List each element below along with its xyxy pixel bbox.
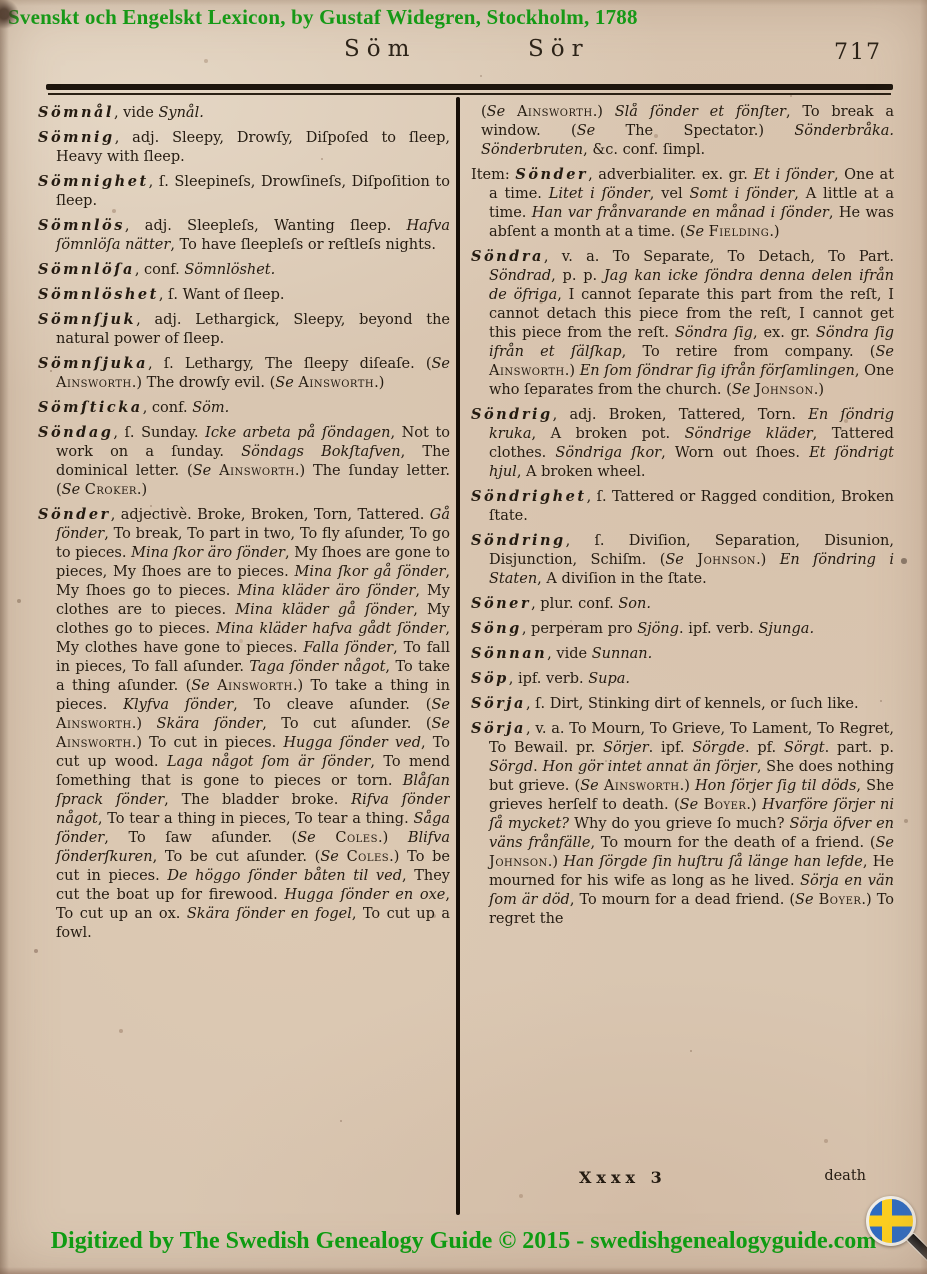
headword: Sömnlöshet xyxy=(38,286,159,303)
headword: Söndra xyxy=(471,248,544,265)
entry-text: Söndra ſig xyxy=(675,325,753,341)
entry-text: , To retire from company. ( xyxy=(622,344,876,360)
dictionary-entry: Sörja, ſ. Dirt, Stinking dirt of kennels… xyxy=(471,694,894,714)
entry-text: Se xyxy=(665,552,697,568)
entry-text: , To mourn for a dead friend. ( xyxy=(570,892,795,908)
entry-text: , ſ. Lethargy, The ſleepy diſeaſe. ( xyxy=(148,356,431,372)
entry-text: Ainsworth xyxy=(56,735,132,751)
entry-text: , v. a. To Separate, To Detach, To Part. xyxy=(544,249,894,265)
entry-text: Söndrad xyxy=(489,268,551,284)
entry-text: Ainsworth xyxy=(604,778,680,794)
entry-text: Han var frånvarande en månad i ſönder xyxy=(532,205,829,221)
right-column: (Se Ainsworth.) Slå ſönder et fönſter, T… xyxy=(471,103,894,1165)
entry-text: Somt i ſönder xyxy=(690,186,795,202)
entry-text: .) xyxy=(548,854,564,870)
headword: Sömnſjuka xyxy=(38,355,148,372)
dictionary-entry: Sörja, v. a. To Mourn, To Grieve, To Lam… xyxy=(471,719,894,929)
dictionary-entry: Söndrig, adj. Broken, Tattered, Torn. En… xyxy=(471,405,894,482)
entry-text: Söm. xyxy=(192,400,229,416)
scanned-dictionary-page: Svenskt och Engelskt Lexicon, by Gustaf … xyxy=(0,0,927,1274)
entry-text: Se xyxy=(876,835,895,851)
entry-text: Fielding xyxy=(709,224,770,240)
entry-text: Ainsworth xyxy=(56,375,132,391)
signature-mark: Xxxx 3 xyxy=(579,1168,667,1187)
entry-text: Se xyxy=(431,697,450,713)
entry-text: Se xyxy=(577,123,626,139)
entry-text: , conf. xyxy=(143,400,192,416)
entry-text: Boyer xyxy=(819,892,862,908)
entry-text: , A diviſion in the ſtate. xyxy=(537,571,707,587)
entry-text: Se xyxy=(320,849,346,865)
entry-text: Se xyxy=(191,678,217,694)
entry-text: Klyfva ſönder xyxy=(123,697,233,713)
headword: Sönnan xyxy=(471,645,547,662)
dictionary-entry: Söndring, ſ. Diviſion, Separation, Disun… xyxy=(471,531,894,589)
entry-text: Johnson xyxy=(489,854,548,870)
entry-text: Hon gör intet annat än ſörjer xyxy=(543,759,757,775)
entry-text: Sunnan. xyxy=(592,646,653,662)
entry-text: , ipf. verb. xyxy=(509,671,588,687)
headword: Söndring xyxy=(471,532,566,549)
left-column: Sömnål, vide Synål.Sömnig, adj. Sleepy, … xyxy=(38,103,450,1181)
entry-text: The Spectator.) xyxy=(626,123,795,139)
entry-text: , To cut aſunder. ( xyxy=(262,716,431,732)
entry-text: , To cleave aſunder. ( xyxy=(233,697,431,713)
headword: Sömnlöſa xyxy=(38,261,135,278)
entry-text: Mina ſkor äro ſönder xyxy=(131,545,285,561)
entry-text: Hugga ſönder ved xyxy=(283,735,421,751)
entry-text: Se xyxy=(686,224,709,240)
entry-text: Se xyxy=(732,382,755,398)
headword: Sömnighet xyxy=(38,173,149,190)
dictionary-entry: Sömnig, adj. Sleepy, Drowſy, Diſpoſed to… xyxy=(38,128,450,167)
entry-text: , perperam pro xyxy=(522,621,637,637)
entry-text: Se xyxy=(875,344,894,360)
entry-text: Se xyxy=(297,830,335,846)
entry-text: Hugga ſönder en oxe xyxy=(284,887,445,903)
entry-text: Item: xyxy=(471,167,515,183)
entry-text: Söndriga ſkor xyxy=(555,445,661,461)
entry-text: , To be cut aſunder. ( xyxy=(153,849,321,865)
entry-text: Slå ſönder et fönſter xyxy=(615,104,786,120)
headword: Söndag xyxy=(38,424,113,441)
dictionary-entry: Sömnighet, ſ. Sleepineſs, Drowſineſs, Di… xyxy=(38,172,450,211)
entry-text: Falla ſönder xyxy=(303,640,393,656)
dictionary-entry: Item: Sönder, adverbialiter. ex. gr. Et … xyxy=(471,165,894,242)
swedish-flag-magnifier-icon xyxy=(864,1194,926,1266)
running-head-left: Söm xyxy=(344,36,416,62)
entry-text: Se xyxy=(275,375,298,391)
entry-text: .) xyxy=(374,375,384,391)
column-divider xyxy=(456,97,460,1215)
entry-text: Sjunga. xyxy=(758,621,814,637)
entry-text: Hon ſörjer ſig til döds xyxy=(695,778,856,794)
entry-text: Ainsworth xyxy=(489,363,565,379)
entry-text: De höggo ſönder båten til ved xyxy=(167,868,402,884)
entry-text: Sjöng xyxy=(637,621,679,637)
dictionary-entry: Sömnål, vide Synål. xyxy=(38,103,450,123)
entry-text: Icke arbeta på ſöndagen xyxy=(205,425,390,441)
entry-text: Laga något ſom är ſönder xyxy=(167,754,370,770)
dictionary-entry: Sömnlös, adj. Sleepleſs, Wanting ſleep. … xyxy=(38,216,450,255)
entry-text: .) xyxy=(593,104,615,120)
entry-text: Ainsworth xyxy=(517,104,593,120)
headword: Sömnig xyxy=(38,129,115,146)
dictionary-entry: Söp, ipf. verb. Supa. xyxy=(471,669,894,689)
dictionary-entry: Sömnlöshet, ſ. Want of ſleep. xyxy=(38,285,450,305)
entry-text: , ſ. Dirt, Stinking dirt of kennels, or … xyxy=(526,696,859,712)
entry-text: , adjectivè. Broke, Broken, Torn, Tatter… xyxy=(111,507,430,523)
entry-text: , p. p. xyxy=(551,268,604,284)
entry-text: , A broken wheel. xyxy=(517,464,646,480)
dictionary-entry: Söng, perperam pro Sjöng. ipf. verb. Sju… xyxy=(471,619,894,639)
entry-text: , ſ. Want of ſleep. xyxy=(159,287,285,303)
entry-text: , adverbialiter. ex. gr. xyxy=(588,167,753,183)
entry-text: Boyer xyxy=(704,797,747,813)
top-caption: Svenskt och Engelskt Lexicon, by Gustaf … xyxy=(8,5,638,30)
entry-text: .) The drowſy evil. ( xyxy=(132,375,276,391)
entry-text: En ſom ſöndrar ſig ifrån förſamlingen xyxy=(580,363,855,379)
headword: Sömnlös xyxy=(38,217,125,234)
entry-text: Coles xyxy=(347,849,390,865)
entry-text: , To ſaw aſunder. ( xyxy=(104,830,297,846)
entry-text: , ſ. Sunday. xyxy=(113,425,205,441)
entry-text: , Worn out ſhoes. xyxy=(661,445,809,461)
entry-text: Et i ſönder xyxy=(753,167,833,183)
entry-text: Mina ſkor gå ſönder xyxy=(295,564,446,580)
entry-text: Se xyxy=(431,356,450,372)
entry-text: , To have ſleepleſs or reſtleſs nights. xyxy=(170,237,436,253)
headword: Sörja xyxy=(471,695,526,712)
entry-text: Ainsworth xyxy=(219,463,295,479)
entry-text: Mina kläder hafva gådt ſönder xyxy=(216,621,445,637)
signature-row: Xxxx 3 death xyxy=(471,1168,894,1187)
entry-text: Se xyxy=(487,104,517,120)
entry-text: .) xyxy=(746,797,762,813)
entry-text: Ainsworth xyxy=(56,716,132,732)
entry-text: , A broken pot. xyxy=(532,426,685,442)
entry-text: , &c. conf. ſimpl. xyxy=(583,142,705,158)
dictionary-entry: Sömſticka, conf. Söm. xyxy=(38,398,450,418)
entry-text: , adj. Broken, Tattered, Torn. xyxy=(553,407,809,423)
entry-text: Söndags Bokſtafven xyxy=(241,444,400,460)
dictionary-entry: Sönder, adjectivè. Broke, Broken, Torn, … xyxy=(38,505,450,943)
entry-text: , conf. xyxy=(135,262,184,278)
headword: Söndrig xyxy=(471,406,553,423)
entry-text: , To mourn for the death of a friend. ( xyxy=(590,835,875,851)
entry-text: , vide xyxy=(547,646,592,662)
page-number: 717 xyxy=(834,40,882,65)
dictionary-entry: Söndra, v. a. To Separate, To Detach, To… xyxy=(471,247,894,400)
entry-text: , adj. Sleepleſs, Wanting ſleep. xyxy=(125,218,407,234)
dictionary-entry: Söndag, ſ. Sunday. Icke arbeta på ſöndag… xyxy=(38,423,450,500)
entry-text: Sörgt xyxy=(784,740,825,756)
entry-text: Se xyxy=(431,716,450,732)
headword: Söng xyxy=(471,620,522,637)
entry-text: , vel xyxy=(650,186,690,202)
entry-text: Han ſörgde ſin huſtru ſå länge han lefde xyxy=(563,854,863,870)
entry-text: . part. p. xyxy=(825,740,894,756)
header-rule-thin xyxy=(48,93,891,95)
dictionary-entry: Sönnan, vide Sunnan. xyxy=(471,644,894,664)
entry-text: Supa. xyxy=(588,671,630,687)
running-head-right: Sör xyxy=(528,36,590,62)
headword: Sömſticka xyxy=(38,399,143,416)
entry-text: .) xyxy=(680,778,695,794)
headword: Sönder xyxy=(38,506,111,523)
entry-text: Se xyxy=(580,778,604,794)
bottom-caption: Digitized by The Swedish Genealogy Guide… xyxy=(0,1228,927,1255)
entry-text: . pf. xyxy=(745,740,784,756)
entry-text: .) xyxy=(378,830,408,846)
entry-text: Se xyxy=(193,463,219,479)
entry-text: .) xyxy=(565,363,580,379)
entry-text: . xyxy=(533,759,542,775)
headword: Söner xyxy=(471,595,531,612)
entry-text: Taga ſönder något xyxy=(249,659,385,675)
entry-text: Skära ſönder en fogel xyxy=(187,906,352,922)
entry-text: . ipf. verb. xyxy=(679,621,758,637)
entry-text: Ainsworth xyxy=(298,375,374,391)
entry-text: Sörjer xyxy=(603,740,649,756)
headword: Söndrighet xyxy=(471,488,587,505)
entry-text: Ainsworth xyxy=(217,678,293,694)
entry-text: .) xyxy=(132,716,157,732)
entry-text: Se xyxy=(680,797,704,813)
entry-text: Sörgde xyxy=(692,740,745,756)
entry-text: Se xyxy=(62,482,85,498)
dictionary-entry: Söndrighet, ſ. Tattered or Ragged condit… xyxy=(471,487,894,526)
entry-text: .) To cut in pieces. xyxy=(132,735,284,751)
entry-text: Croker xyxy=(85,482,137,498)
entry-text: Johnson xyxy=(755,382,814,398)
entry-text: . ipf. xyxy=(649,740,693,756)
entry-text: , adj. Sleepy, Drowſy, Diſpoſed to ſleep… xyxy=(56,130,450,165)
entry-text: .) xyxy=(756,552,780,568)
entry-text: .) xyxy=(814,382,824,398)
entry-text: Mina kläder äro ſönder xyxy=(237,583,415,599)
headword: Sömnål xyxy=(38,104,114,121)
dictionary-entry: (Se Ainsworth.) Slå ſönder et fönſter, T… xyxy=(471,103,894,160)
entry-text: Söndrige kläder xyxy=(685,426,813,442)
dictionary-entry: Sömnſjuka, ſ. Lethargy, The ſleepy diſea… xyxy=(38,354,450,393)
entry-text: Sömnlöshet. xyxy=(184,262,275,278)
entry-text: Skära ſönder xyxy=(157,716,263,732)
dictionary-entry: Sömnſjuk, adj. Lethargick, Sleepy, beyon… xyxy=(38,310,450,349)
dictionary-entry: Söner, plur. conf. Son. xyxy=(471,594,894,614)
entry-text: , The bladder broke. xyxy=(164,792,351,808)
magnifier-handle-icon xyxy=(906,1232,927,1262)
catchword: death xyxy=(824,1168,866,1187)
header-rule-thick xyxy=(46,84,893,90)
entry-text: Sörgd xyxy=(489,759,533,775)
entry-text: , plur. conf. xyxy=(531,596,618,612)
entry-text: Why do you grieve ſo much? xyxy=(569,816,789,832)
entry-text: , ex. gr. xyxy=(753,325,816,341)
entry-text: , To tear a thing in pieces, To tear a t… xyxy=(98,811,414,827)
entry-text: Mina kläder gå ſönder xyxy=(235,602,413,618)
entry-text: Se xyxy=(795,892,819,908)
entry-text: , vide xyxy=(114,105,159,121)
entry-text: Son. xyxy=(618,596,651,612)
paper-specks xyxy=(0,0,2,2)
entry-text: .) xyxy=(137,482,147,498)
headword: Söp xyxy=(471,670,509,687)
entry-text: Coles xyxy=(335,830,378,846)
entry-text: .) xyxy=(769,224,779,240)
headword: Sömnſjuk xyxy=(38,311,136,328)
entry-text: Johnson xyxy=(697,552,756,568)
headword: Sörja xyxy=(471,720,526,737)
entry-text: Synål. xyxy=(158,105,203,121)
dictionary-entry: Sömnlöſa, conf. Sömnlöshet. xyxy=(38,260,450,280)
headword: Sönder xyxy=(515,166,588,183)
entry-text: Litet i ſönder xyxy=(549,186,650,202)
